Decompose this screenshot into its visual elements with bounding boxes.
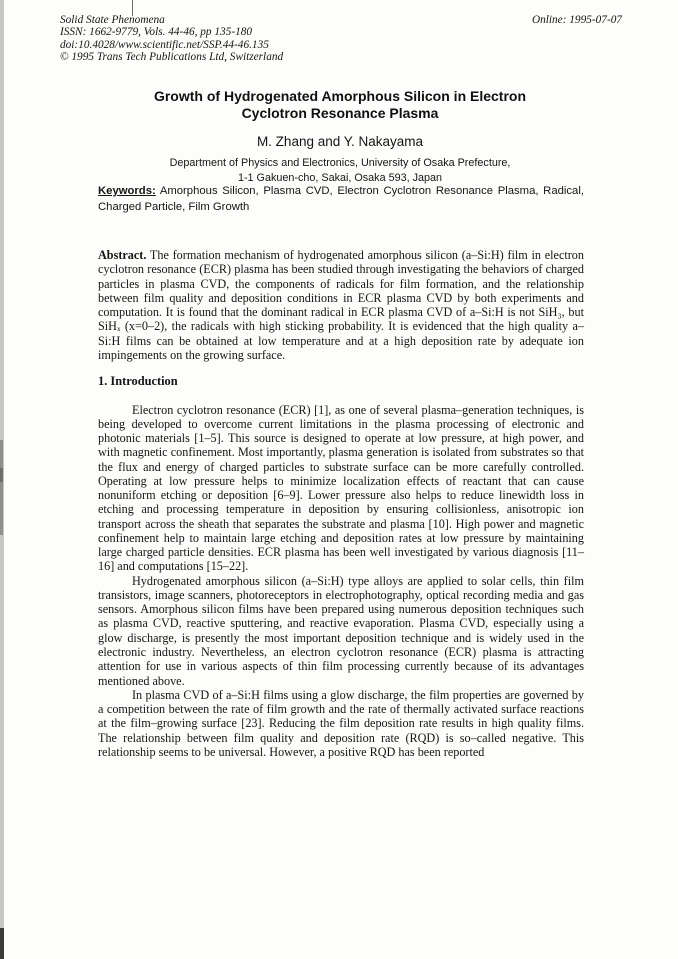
affiliation-line1: Department of Physics and Electronics, U…	[80, 156, 600, 171]
introduction-section: 1. Introduction Electron cyclotron reson…	[98, 374, 584, 759]
journal-masthead: Solid State Phenomena ISSN: 1662-9779, V…	[60, 14, 622, 64]
paper-page: Solid State Phenomena ISSN: 1662-9779, V…	[0, 0, 678, 959]
intro-paragraph: Hydrogenated amorphous silicon (a–Si:H) …	[98, 574, 584, 688]
intro-paragraph: In plasma CVD of a–Si:H films using a gl…	[98, 688, 584, 759]
journal-doi: doi:10.4028/www.scientific.net/SSP.44-46…	[60, 39, 622, 51]
paper-title-line1: Growth of Hydrogenated Amorphous Silicon…	[80, 88, 600, 105]
paper-authors: M. Zhang and Y. Nakayama	[80, 134, 600, 149]
section-heading-introduction: 1. Introduction	[98, 374, 584, 389]
intro-paragraph: Electron cyclotron resonance (ECR) [1], …	[98, 403, 584, 574]
scan-edge-mark	[0, 468, 3, 482]
scan-edge-shade	[0, 440, 3, 535]
abstract-block: Abstract. The formation mechanism of hyd…	[98, 248, 584, 362]
journal-copyright: © 1995 Trans Tech Publications Ltd, Swit…	[60, 51, 622, 63]
title-block: Growth of Hydrogenated Amorphous Silicon…	[80, 88, 600, 185]
abstract-label: Abstract.	[98, 248, 146, 262]
abstract-text: The formation mechanism of hydrogenated …	[98, 248, 584, 362]
paper-title: Growth of Hydrogenated Amorphous Silicon…	[80, 88, 600, 122]
scan-edge-bottom-mark	[0, 928, 4, 959]
journal-issn: ISSN: 1662-9779, Vols. 44-46, pp 135-180	[60, 26, 622, 38]
keywords-text: Amorphous Silicon, Plasma CVD, Electron …	[98, 185, 584, 213]
keywords-block: Keywords: Amorphous Silicon, Plasma CVD,…	[98, 184, 584, 216]
keywords-label: Keywords:	[98, 185, 156, 197]
paper-affiliation: Department of Physics and Electronics, U…	[80, 156, 600, 185]
paper-title-line2: Cyclotron Resonance Plasma	[80, 105, 600, 122]
online-date: Online: 1995-07-07	[532, 14, 622, 26]
